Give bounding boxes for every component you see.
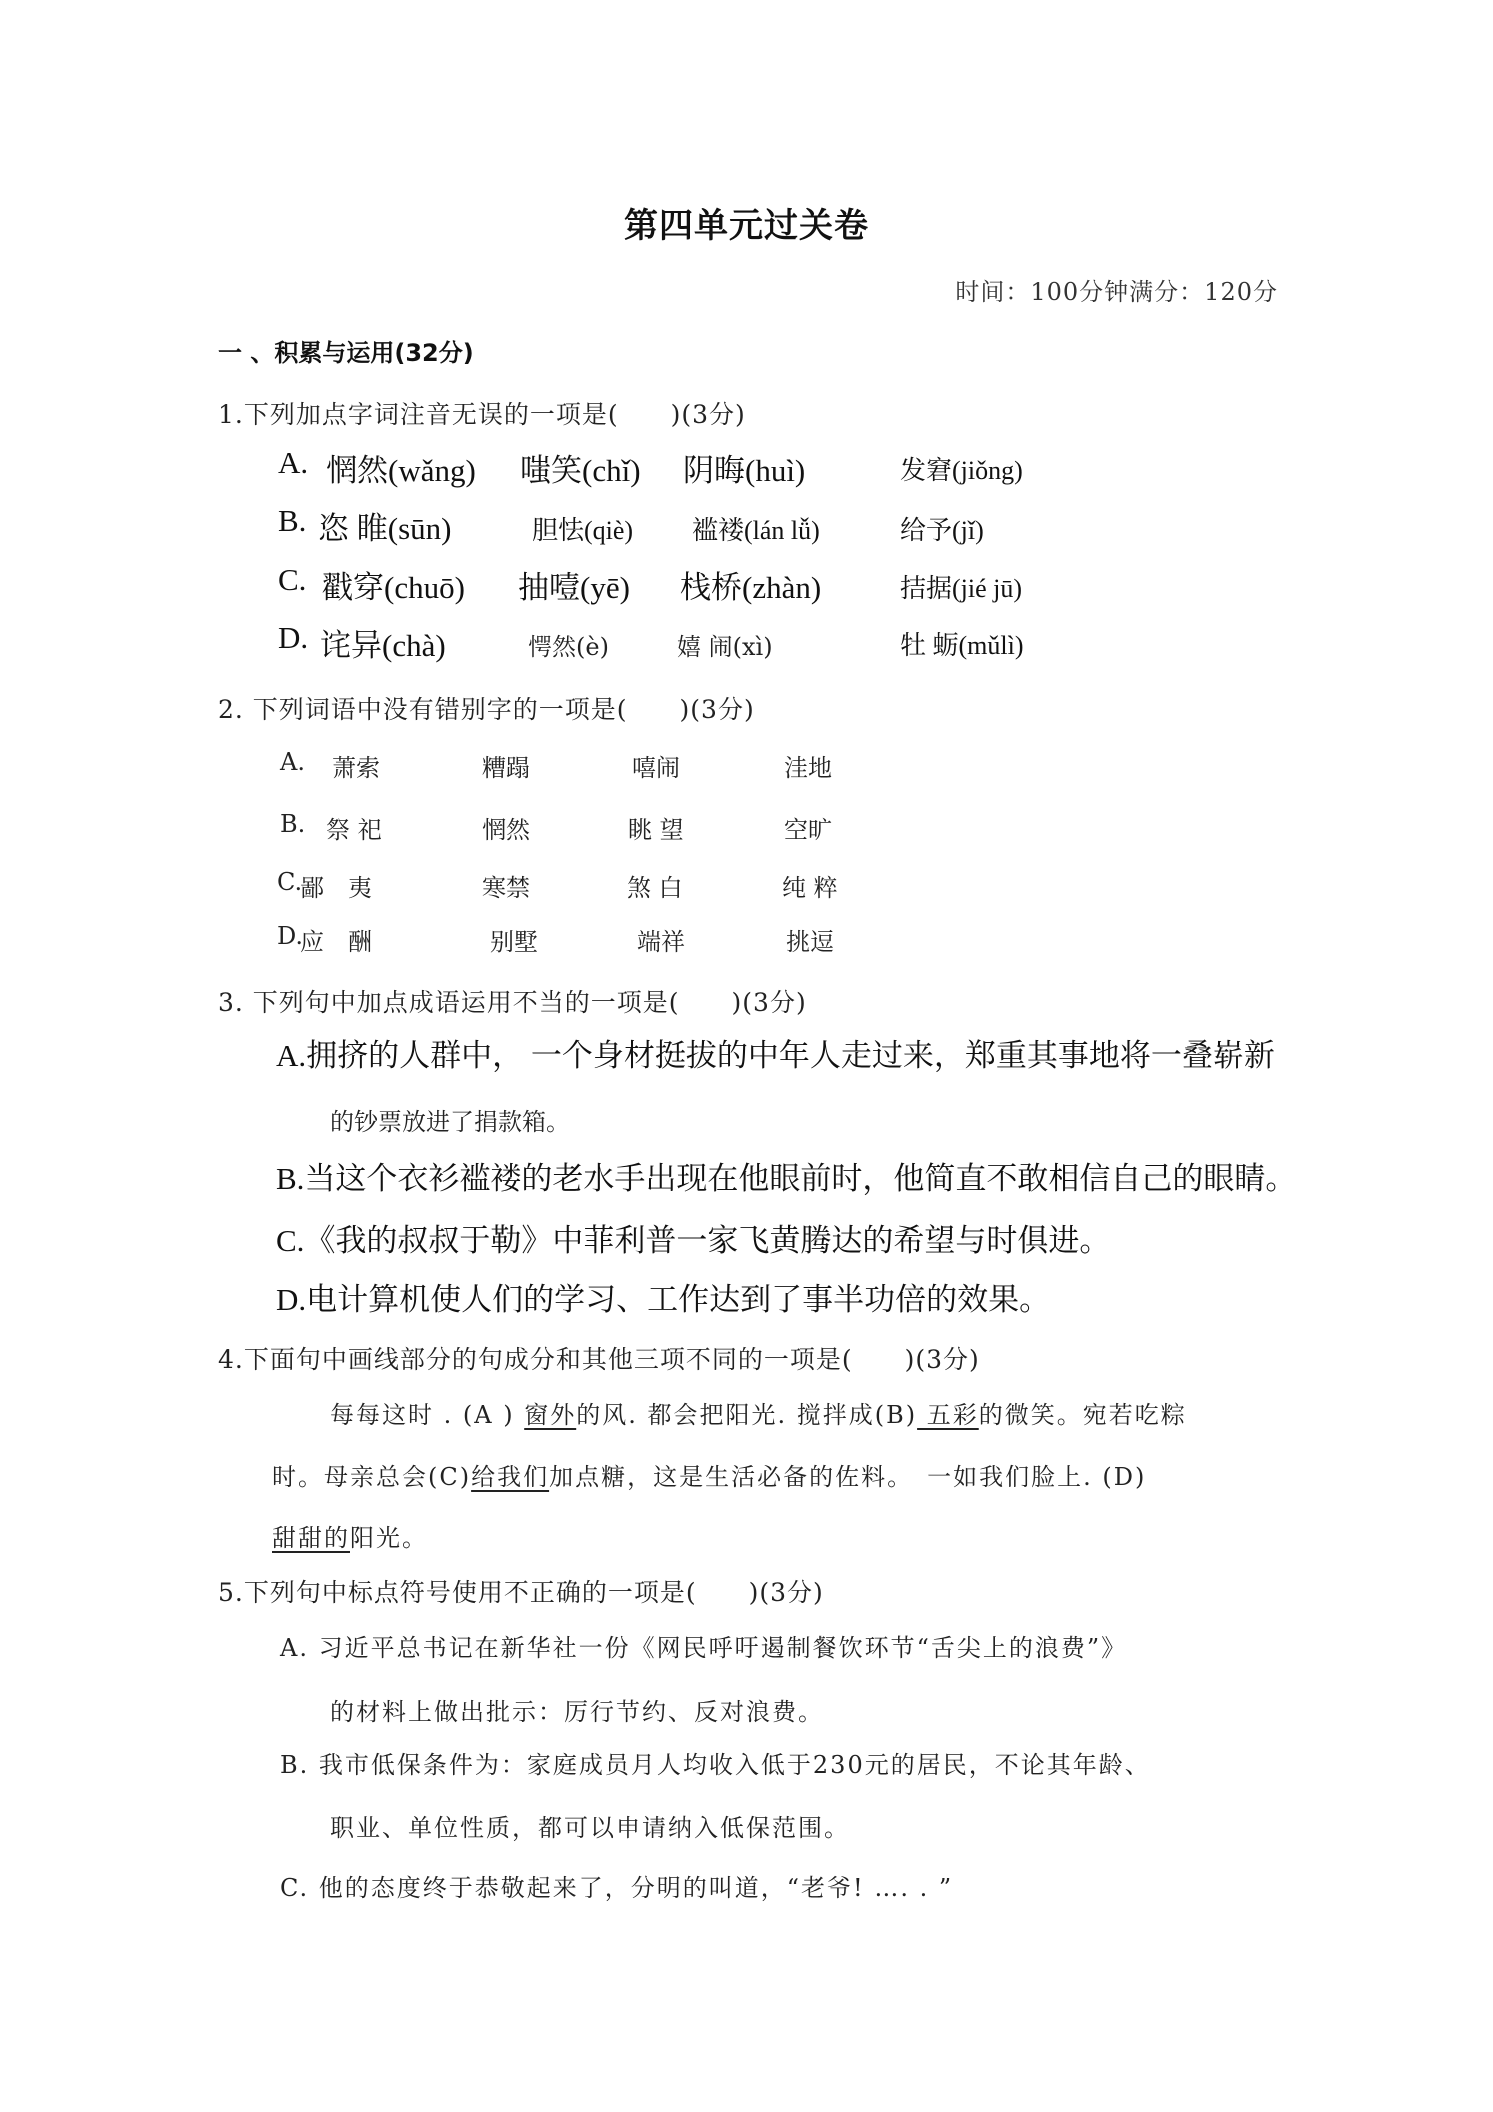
option-item: 愕然(è) — [528, 627, 609, 662]
underlined-a: 窗外 — [524, 1401, 576, 1429]
option-item: 嬉 闹(xì) — [677, 627, 773, 662]
option-item: 端祥 — [637, 922, 685, 957]
option-item: 惘然(wǎng) — [326, 445, 476, 490]
option-label: D. — [278, 620, 308, 656]
question-5-prompt: 5.下列句中标点符号使用不正确的一项是( )(3分) — [218, 1573, 824, 1609]
option-label: C. — [280, 1874, 309, 1902]
option-text: 我市低保条件为：家庭成员月人均收入低于230元的居民，不论其年龄、 — [319, 1751, 1151, 1779]
option-item: 寒禁 — [482, 868, 530, 903]
option-label: A. — [276, 1038, 306, 1073]
option-item: 阴晦(huì) — [683, 445, 805, 490]
option-item: 洼地 — [784, 748, 832, 783]
option-item: 眺 望 — [628, 810, 684, 845]
option-item: 应 酬 — [300, 922, 372, 957]
option-item: 褴褛(lán lǚ) — [692, 510, 820, 547]
passage-line-1: 每每这时 . (A ) 窗外的风. 都会把阳光. 搅拌成(B) 五彩的微笑。宛若… — [330, 1395, 1187, 1430]
option-c: C. 他的态度终于恭敬起来了，分明的叫道，“老爷! …. . ” — [280, 1868, 953, 1903]
option-item: 鄙 夷 — [300, 868, 372, 903]
option-a-continued: 的钞票放进了捐款箱。 — [330, 1102, 570, 1137]
passage-text: 每每这时 . (A ) — [330, 1401, 524, 1429]
option-item: 祭 祀 — [326, 810, 382, 845]
option-label: B. — [280, 810, 305, 838]
option-item: 空旷 — [784, 810, 832, 845]
option-label: D. — [276, 1282, 306, 1317]
passage-text: 时。母亲总会(C) — [272, 1463, 471, 1491]
question-4-prompt: 4.下面句中画线部分的句成分和其他三项不同的一项是( )(3分) — [218, 1340, 980, 1376]
option-label: B. — [278, 503, 306, 539]
underlined-c: 给我们 — [471, 1463, 549, 1491]
option-item: 恣 睢(sūn) — [318, 503, 451, 548]
underlined-d: 甜甜的 — [272, 1524, 350, 1552]
option-label: A. — [280, 748, 305, 776]
passage-text: 加点糖，这是生活必备的佐料。 一如我们脸上. (D) — [549, 1463, 1146, 1491]
option-label: B. — [276, 1161, 304, 1196]
exam-time-and-score: 时间：100分钟满分：120分 — [955, 272, 1278, 307]
passage-text: 的微笑。宛若吃粽 — [979, 1401, 1187, 1429]
option-item: 糟蹋 — [482, 748, 530, 783]
option-item: 挑逗 — [786, 922, 834, 957]
option-item: 嗤笑(chǐ) — [520, 445, 641, 490]
option-a: A.拥挤的人群中， 一个身材挺拔的中年人走过来，郑重其事地将一叠崭新 — [276, 1030, 1275, 1075]
option-label: C. — [276, 1223, 304, 1258]
underlined-b: 五彩 — [917, 1401, 979, 1429]
option-label: C. — [277, 868, 302, 896]
option-b: B.当这个衣衫褴褛的老水手出现在他眼前时，他简直不敢相信自己的眼睛。 — [276, 1153, 1296, 1198]
question-2-prompt: 2. 下列词语中没有错别字的一项是( )(3分) — [218, 690, 755, 726]
option-label: A. — [280, 1634, 309, 1662]
option-d: D.电计算机使人们的学习、工作达到了事半功倍的效果。 — [276, 1274, 1050, 1319]
option-item: 嘻闹 — [632, 748, 680, 783]
option-item: 诧异(chà) — [320, 620, 446, 665]
option-item: 牡 蛎(mǔlì) — [900, 625, 1024, 662]
option-item: 拮据(jié jū) — [900, 568, 1022, 605]
option-item: 给予(jǐ) — [900, 510, 984, 547]
option-b: B. 我市低保条件为：家庭成员月人均收入低于230元的居民，不论其年龄、 — [280, 1745, 1151, 1780]
option-text: 当这个衣衫褴褛的老水手出现在他眼前时，他简直不敢相信自己的眼睛。 — [304, 1161, 1296, 1196]
option-b-continued: 职业、单位性质，都可以申请纳入低保范围。 — [330, 1808, 850, 1843]
option-text: 拥挤的人群中， 一个身材挺拔的中年人走过来，郑重其事地将一叠崭新 — [306, 1038, 1275, 1073]
option-item: 萧索 — [332, 748, 380, 783]
option-item: 戳穿(chuō) — [322, 562, 465, 607]
section-heading: 一 、积累与运用(32分) — [218, 333, 474, 368]
option-item: 纯 粹 — [782, 868, 838, 903]
option-text: 他的态度终于恭敬起来了，分明的叫道，“老爷! …. . ” — [319, 1874, 953, 1902]
option-item: 发窘(jiǒng) — [900, 450, 1023, 487]
option-a: A. 习近平总书记在新华社一份《网民呼吁遏制餐饮环节“舌尖上的浪费”》 — [280, 1628, 1127, 1663]
option-a-continued: 的材料上做出批示：厉行节约、反对浪费。 — [330, 1692, 824, 1727]
option-item: 煞 白 — [627, 868, 683, 903]
option-text: 电计算机使人们的学习、工作达到了事半功倍的效果。 — [306, 1282, 1050, 1317]
passage-line-3: 甜甜的阳光。 — [272, 1518, 428, 1553]
option-item: 别墅 — [490, 922, 538, 957]
option-item: 惘然 — [482, 810, 530, 845]
option-label: A. — [278, 445, 308, 481]
option-label: B. — [280, 1751, 309, 1779]
option-label: C. — [278, 562, 306, 598]
option-item: 栈桥(zhàn) — [680, 562, 821, 607]
option-item: 胆怯(qiè) — [532, 510, 633, 547]
option-text: 《我的叔叔于勒》中菲利普一家飞黄腾达的希望与时俱进。 — [304, 1223, 1110, 1258]
question-3-prompt: 3. 下列句中加点成语运用不当的一项是( )(3分) — [218, 983, 807, 1019]
passage-text: 阳光。 — [350, 1524, 428, 1552]
question-1-prompt: 1.下列加点字词注音无误的一项是( )(3分) — [218, 395, 746, 431]
option-item: 抽噎(yē) — [518, 562, 630, 607]
page-title: 第四单元过关卷 — [0, 198, 1493, 247]
option-text: 习近平总书记在新华社一份《网民呼吁遏制餐饮环节“舌尖上的浪费”》 — [319, 1634, 1128, 1662]
option-c: C.《我的叔叔于勒》中菲利普一家飞黄腾达的希望与时俱进。 — [276, 1215, 1110, 1260]
passage-text: 的风. 都会把阳光. 搅拌成(B) — [576, 1401, 917, 1429]
passage-line-2: 时。母亲总会(C)给我们加点糖，这是生活必备的佐料。 一如我们脸上. (D) — [272, 1457, 1146, 1492]
